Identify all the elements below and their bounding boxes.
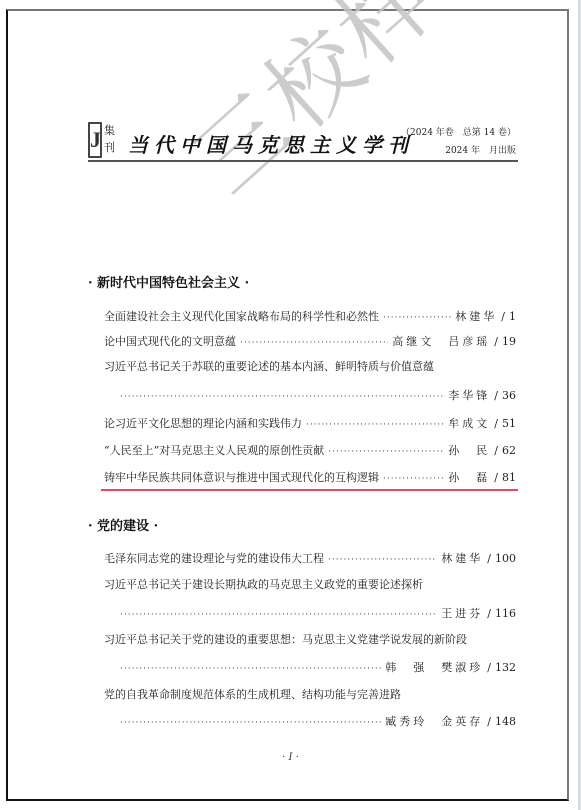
header-divider xyxy=(88,160,518,162)
entry-page: 81 xyxy=(502,470,516,486)
separator: / xyxy=(494,388,498,404)
separator: / xyxy=(487,606,491,622)
entry-author: 韩 强 樊淑珍 xyxy=(385,660,483,676)
entry-author: 林建华 xyxy=(441,551,483,567)
separator: / xyxy=(494,470,498,486)
dot-leader xyxy=(240,335,388,351)
dot-leader xyxy=(328,444,444,460)
separator: / xyxy=(487,714,491,730)
volume-info: （2024 年卷 总第 14 卷） xyxy=(401,125,516,138)
dot-leader xyxy=(120,661,381,677)
entry-author: 牟成文 xyxy=(448,416,490,432)
journal-header: J 集 刊 当代中国马克思主义学刊 （2024 年卷 总第 14 卷） 2024… xyxy=(88,120,518,162)
separator: / xyxy=(501,309,505,325)
toc-entry[interactable]: “人民至上”对马克思主义人民观的原创性贡献 孙 民 / 62 xyxy=(104,443,516,459)
toc-entry-title-line[interactable]: 习近平总书记关于苏联的重要论述的基本内涵、鲜明特质与价值意蕴 xyxy=(104,359,516,375)
entry-page: 116 xyxy=(495,606,516,622)
entry-page: 36 xyxy=(502,388,516,404)
toc-entry[interactable]: 论中国式现代化的文明意蕴 高继文 吕彦瑶 / 19 xyxy=(104,334,516,350)
separator: / xyxy=(494,416,498,432)
entry-title: 习近平总书记关于苏联的重要论述的基本内涵、鲜明特质与价值意蕴 xyxy=(104,359,434,375)
publication-info: 2024 年 月出版 xyxy=(445,143,516,156)
entry-author: 林建华 xyxy=(455,309,497,325)
entry-title: 论中国式现代化的文明意蕴 xyxy=(104,334,236,350)
dot-leader xyxy=(306,417,444,433)
entry-author: 孙 磊 xyxy=(448,470,490,486)
toc-entry-title-line[interactable]: 习近平总书记关于党的建设的重要思想：马克思主义党建学说发展的新阶段 xyxy=(104,632,516,648)
entry-author: 高继文 吕彦瑶 xyxy=(392,334,490,350)
entry-page: 148 xyxy=(495,714,516,730)
entry-page: 1 xyxy=(509,309,516,325)
toc-entry-highlighted[interactable]: 铸牢中华民族共同体意识与推进中国式现代化的互构逻辑 孙 磊 / 81 xyxy=(104,470,516,486)
separator: / xyxy=(487,660,491,676)
toc-entry-author-line[interactable]: 臧秀玲 金英存 / 148 xyxy=(120,714,516,730)
entry-author: 孙 民 xyxy=(448,443,490,459)
dot-leader xyxy=(328,552,437,568)
entry-title: 论习近平文化思想的理论内涵和实践伟力 xyxy=(104,416,302,432)
section-title: · 党的建设 · xyxy=(88,515,158,534)
dot-leader xyxy=(383,471,444,487)
entry-page: 19 xyxy=(502,334,516,350)
toc-entry[interactable]: 毛泽东同志党的建设理论与党的建设伟大工程 林建华 / 100 xyxy=(104,551,516,567)
entry-title: 习近平总书记关于建设长期执政的马克思主义政党的重要论述探析 xyxy=(104,577,423,593)
entry-title: 党的自我革命制度规范体系的生成机理、结构功能与完善进路 xyxy=(104,687,401,703)
separator: / xyxy=(494,443,498,459)
toc-entry-author-line[interactable]: 韩 强 樊淑珍 / 132 xyxy=(120,660,516,676)
section-title: · 新时代中国特色社会主义 · xyxy=(88,272,249,291)
entry-author: 臧秀玲 金英存 xyxy=(385,714,483,730)
entry-title: 习近平总书记关于党的建设的重要思想：马克思主义党建学说发展的新阶段 xyxy=(104,632,467,648)
entry-title: “人民至上”对马克思主义人民观的原创性贡献 xyxy=(104,443,324,459)
entry-page: 51 xyxy=(502,416,516,432)
journal-title: 当代中国马克思主义学刊 xyxy=(128,129,414,158)
entry-page: 62 xyxy=(502,443,516,459)
dot-leader xyxy=(383,310,451,326)
toc-entry[interactable]: 全面建设社会主义现代化国家战略布局的科学性和必然性 林建华 / 1 xyxy=(104,309,516,325)
entry-title: 全面建设社会主义现代化国家战略布局的科学性和必然性 xyxy=(104,309,379,325)
toc-entry-title-line[interactable]: 党的自我革命制度规范体系的生成机理、结构功能与完善进路 xyxy=(104,687,516,703)
highlight-underline xyxy=(101,489,518,491)
entry-page: 100 xyxy=(495,551,516,567)
entry-title: 铸牢中华民族共同体意识与推进中国式现代化的互构逻辑 xyxy=(104,470,379,486)
entry-page: 132 xyxy=(495,660,516,676)
dot-leader xyxy=(120,607,437,623)
entry-author: 王进芬 xyxy=(441,606,483,622)
toc-entry-author-line[interactable]: 王进芬 / 116 xyxy=(120,606,516,622)
dot-leader xyxy=(120,715,381,731)
separator: / xyxy=(494,334,498,350)
toc-entry-title-line[interactable]: 习近平总书记关于建设长期执政的马克思主义政党的重要论述探析 xyxy=(104,577,516,593)
entry-title: 毛泽东同志党的建设理论与党的建设伟大工程 xyxy=(104,551,324,567)
toc-entry-author-line[interactable]: 李华锋 / 36 xyxy=(120,388,516,404)
dot-leader xyxy=(120,389,444,405)
separator: / xyxy=(487,551,491,567)
toc-entry[interactable]: 论习近平文化思想的理论内涵和实践伟力 牟成文 / 51 xyxy=(104,416,516,432)
entry-author: 李华锋 xyxy=(448,388,490,404)
page-folio: · Ⅰ · xyxy=(0,752,581,763)
journal-logo-icon: J 集 刊 xyxy=(88,122,120,158)
